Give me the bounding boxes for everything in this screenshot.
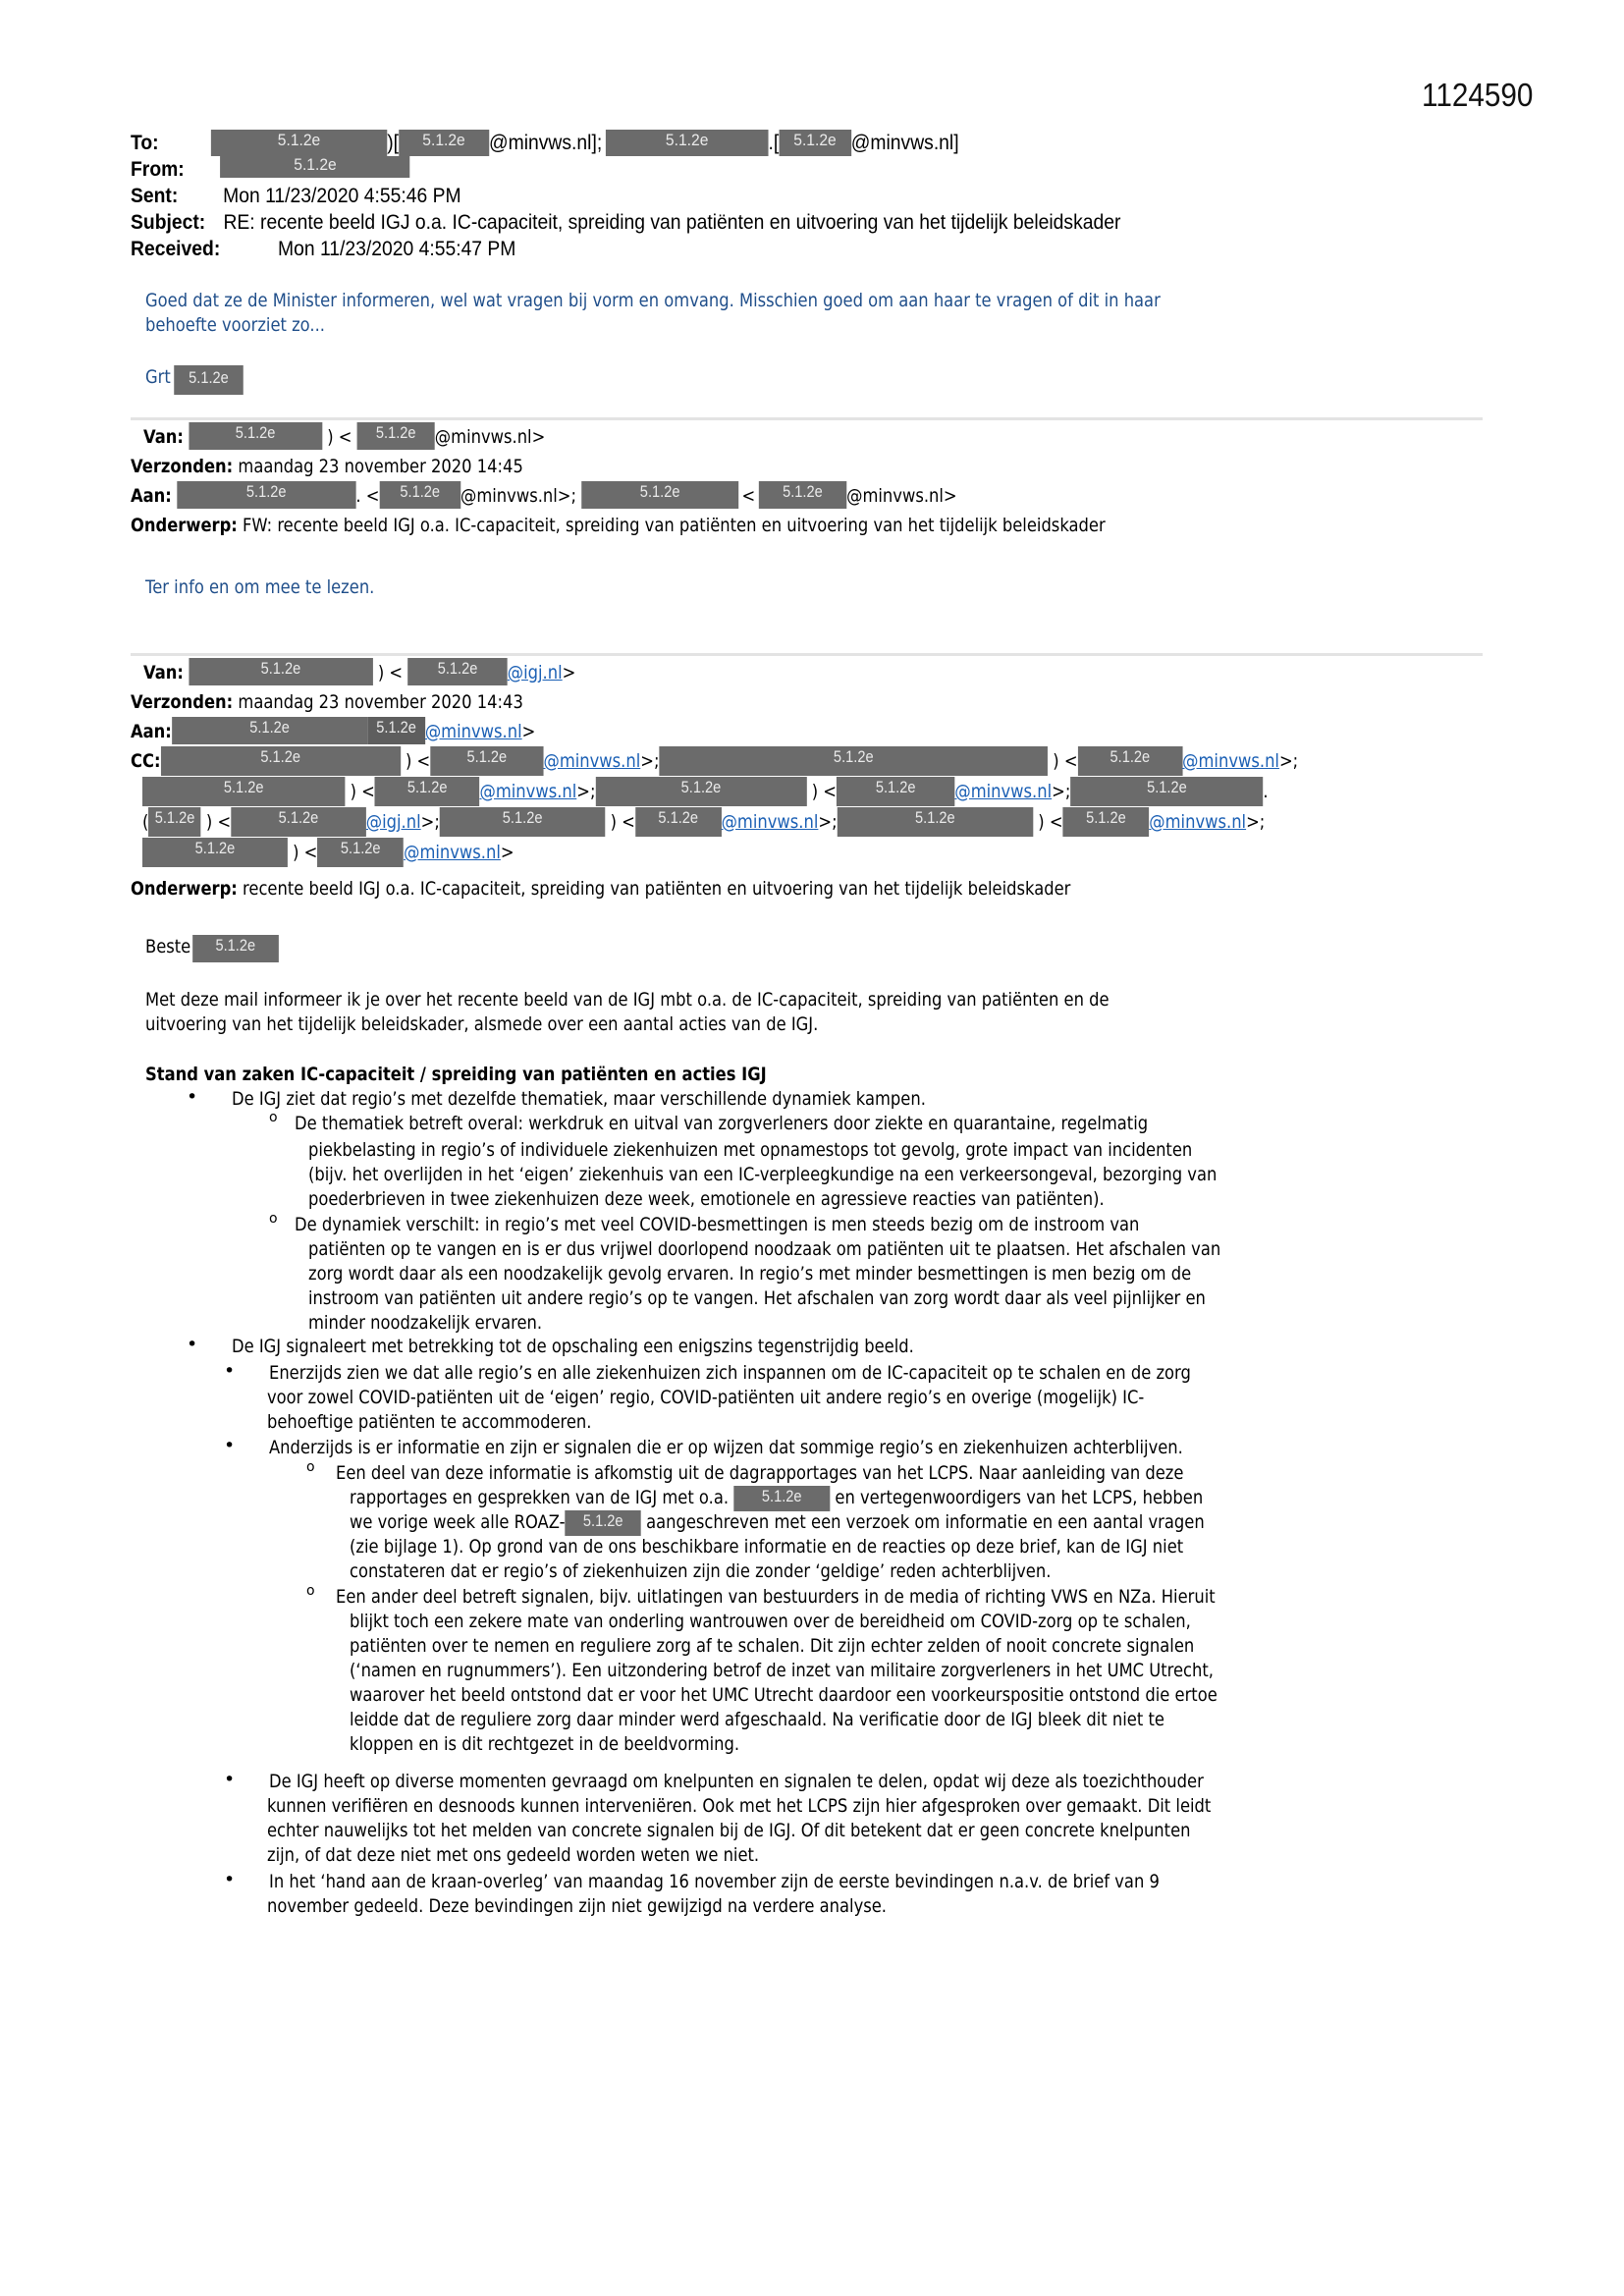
- fw2-cc-row-3: (5.1.2e ) <5.1.2e@igj.nl>;5.1.2e ) <5.1.…: [142, 807, 1265, 838]
- aan-domain: @minvws.nl>: [846, 485, 956, 507]
- bullet-text: De IGJ signaleert met betrekking tot de …: [232, 1335, 914, 1359]
- received-row: Received: Mon 11/23/2020 4:55:47 PM: [131, 236, 515, 262]
- redaction: 5.1.2e: [317, 838, 404, 867]
- redaction: 5.1.2e: [399, 130, 489, 156]
- minvws-email-link[interactable]: @minvws.nl: [1182, 750, 1279, 772]
- verzonden-value: maandag 23 november 2020 14:45: [238, 456, 522, 477]
- redaction: 5.1.2e: [189, 658, 372, 685]
- redaction: 5.1.2e: [407, 658, 507, 685]
- bullet-icon: •: [187, 1334, 197, 1355]
- sub-bullet-text: we vorige week alle ROAZ-5.1.2eaangeschr…: [350, 1510, 1205, 1536]
- sub-bullet-text: leidde dat de reguliere zorg daar minder…: [350, 1708, 1164, 1732]
- fw1-onderwerp-row: Onderwerp: FW: recente beeld IGJ o.a. IC…: [131, 511, 1106, 541]
- bullet-text: echter nauwelijks tot het melden van con…: [267, 1819, 1190, 1843]
- redaction: 5.1.2e: [379, 481, 460, 509]
- igj-email-link[interactable]: @igj.nl: [508, 662, 563, 683]
- circle-bullet-icon: o: [269, 1211, 278, 1227]
- fw2-verzonden-row: Verzonden: maandag 23 november 2020 14:4…: [131, 687, 523, 718]
- redaction: 5.1.2e: [440, 807, 606, 837]
- subject-label: Subject:: [131, 211, 205, 234]
- fw1-verzonden-row: Verzonden: maandag 23 november 2020 14:4…: [131, 452, 523, 482]
- verzonden-value: maandag 23 november 2020 14:43: [238, 691, 522, 713]
- separator: [131, 417, 1483, 420]
- received-label: Received:: [131, 238, 220, 260]
- redaction: 5.1.2e: [1070, 777, 1263, 806]
- minvws-email-link[interactable]: @minvws.nl: [425, 721, 522, 742]
- sub-bullet-text: patiënten op te vangen en is er dus vrij…: [308, 1237, 1220, 1262]
- redaction: 5.1.2e: [177, 481, 355, 509]
- onderwerp-label: Onderwerp:: [131, 878, 238, 900]
- redaction: 5.1.2e: [635, 807, 722, 837]
- sub-bullet-text: blijkt toch een zekere mate van onderlin…: [350, 1610, 1191, 1634]
- redaction: 5.1.2e: [367, 717, 424, 744]
- intro-line: uitvoering van het tijdelijk beleidskade…: [145, 1012, 818, 1037]
- to-domain: @minvws.nl];: [489, 132, 602, 154]
- minvws-email-link[interactable]: @minvws.nl: [404, 842, 501, 863]
- sub-bullet-text: Een deel van deze informatie is afkomsti…: [336, 1461, 1183, 1486]
- sub-bullet-text: De dynamiek verschilt: in regio’s met ve…: [295, 1213, 1139, 1237]
- from-row: From: 5.1.2e: [131, 156, 410, 183]
- redaction: 5.1.2e: [837, 777, 954, 806]
- received-value: Mon 11/23/2020 4:55:47 PM: [278, 238, 515, 260]
- fw1-aan-row: Aan: 5.1.2e. <5.1.2e@minvws.nl>;5.1.2e<5…: [131, 481, 957, 512]
- fw2-aan-row: Aan:5.1.2e5.1.2e@minvws.nl>: [131, 717, 535, 747]
- redaction: 5.1.2e: [189, 422, 322, 450]
- circle-bullet-icon: o: [269, 1110, 278, 1125]
- circle-bullet-icon: o: [306, 1583, 315, 1599]
- redaction: 5.1.2e: [606, 130, 769, 156]
- aan-domain: @minvws.nl>;: [460, 485, 576, 507]
- redaction: 5.1.2e: [174, 365, 244, 395]
- sub-bullet-text: De thematiek betreft overal: werkdruk en…: [295, 1112, 1148, 1136]
- bullet-text: zijn, of dat deze niet met ons gedeeld w…: [267, 1843, 759, 1868]
- bullet-text: Enerzijds zien we dat alle regio’s en al…: [269, 1361, 1191, 1386]
- sub-bullet-text: piekbelasting in regio’s of individuele …: [308, 1138, 1192, 1163]
- letter-greeting: Beste5.1.2e: [145, 935, 279, 962]
- fw2-cc-row-2: 5.1.2e ) <5.1.2e@minvws.nl>;5.1.2e ) <5.…: [142, 777, 1269, 807]
- redaction: 5.1.2e: [211, 130, 387, 156]
- text-part: rapportages en gesprekken van de IGJ met…: [350, 1487, 729, 1508]
- reply-body-line: Goed dat ze de Minister informeren, wel …: [145, 289, 1161, 313]
- document-number: 1124590: [1422, 77, 1533, 114]
- intro-line: Met deze mail informeer ik je over het r…: [145, 988, 1110, 1012]
- to-domain: @minvws.nl]: [851, 132, 959, 154]
- fw1-van-row: Van: 5.1.2e ) < 5.1.2e@minvws.nl>: [143, 422, 545, 453]
- text-part: en vertegenwoordigers van het LCPS, hebb…: [835, 1487, 1203, 1508]
- signoff-text: Grt: [145, 366, 171, 388]
- fw2-cc-row-4: 5.1.2e ) <5.1.2e@minvws.nl>: [142, 838, 514, 868]
- reply-signoff: Grt5.1.2e: [145, 365, 244, 395]
- onderwerp-value: FW: recente beeld IGJ o.a. IC-capaciteit…: [243, 515, 1106, 536]
- text-part: we vorige week alle ROAZ-: [350, 1511, 566, 1533]
- greeting-text: Beste: [145, 936, 190, 957]
- fw2-cc-row: CC:5.1.2e ) <5.1.2e@minvws.nl>;5.1.2e ) …: [131, 746, 1298, 777]
- separator: [131, 653, 1483, 656]
- onderwerp-value: recente beeld IGJ o.a. IC-capaciteit, sp…: [243, 878, 1070, 900]
- van-label: Van:: [143, 662, 184, 683]
- aan-sep: <: [742, 485, 756, 507]
- redaction: 5.1.2e: [779, 130, 851, 156]
- bullet-icon: •: [224, 1769, 235, 1790]
- sub-bullet-text: constateren dat er regio’s of ziekenhuiz…: [350, 1559, 1051, 1584]
- redaction: 5.1.2e: [148, 807, 200, 837]
- verzonden-label: Verzonden:: [131, 691, 233, 713]
- redaction: 5.1.2e: [566, 1510, 641, 1536]
- verzonden-label: Verzonden:: [131, 456, 233, 477]
- minvws-email-link[interactable]: @minvws.nl: [1149, 811, 1246, 833]
- bullet-icon: •: [224, 1869, 235, 1890]
- igj-email-link[interactable]: @igj.nl: [366, 811, 421, 833]
- bullet-text: Anderzijds is er informatie en zijn er s…: [269, 1436, 1183, 1460]
- van-label: Van:: [143, 426, 184, 448]
- redaction: 5.1.2e: [659, 746, 1048, 776]
- sub-bullet-text: kloppen en is dit rechtgezet in de beeld…: [350, 1732, 739, 1757]
- fw1-body: Ter info en om mee te lezen.: [145, 575, 374, 600]
- minvws-email-link[interactable]: @minvws.nl: [722, 811, 819, 833]
- to-row: To: 5.1.2e)[5.1.2e@minvws.nl];5.1.2e.[5.…: [131, 130, 959, 156]
- bullet-text: In het ‘hand aan de kraan-overleg’ van m…: [269, 1870, 1160, 1894]
- redaction: 5.1.2e: [1078, 746, 1183, 776]
- bullet-text: november gedeeld. Deze bevindingen zijn …: [267, 1894, 887, 1919]
- sub-bullet-text: zorg wordt daar als een noodzakelijk gev…: [308, 1262, 1191, 1286]
- sub-bullet-text: poederbrieven in twee ziekenhuizen deze …: [308, 1187, 1105, 1212]
- sub-bullet-text: (zie bijlage 1). Op grond van de ons bes…: [350, 1535, 1183, 1559]
- bullet-text: De IGJ heeft op diverse momenten gevraag…: [269, 1770, 1204, 1794]
- sub-bullet-text: rapportages en gesprekken van de IGJ met…: [350, 1486, 1203, 1511]
- sent-value: Mon 11/23/2020 4:55:46 PM: [223, 185, 460, 207]
- minvws-email-link[interactable]: @minvws.nl: [954, 781, 1052, 802]
- sent-label: Sent:: [131, 185, 178, 207]
- aan-label: Aan:: [131, 485, 172, 507]
- minvws-email-link[interactable]: @minvws.nl: [480, 781, 577, 802]
- sub-bullet-text: (‘namen en rugnummers’). Een uitzonderin…: [350, 1659, 1214, 1683]
- redaction: 5.1.2e: [581, 481, 738, 509]
- onderwerp-label: Onderwerp:: [131, 515, 238, 536]
- aan-sep: . <: [355, 485, 379, 507]
- redaction: 5.1.2e: [172, 717, 368, 744]
- bullet-text: kunnen verifiëren en desnoods kunnen int…: [267, 1794, 1211, 1819]
- redaction: 5.1.2e: [595, 777, 806, 806]
- bullet-icon: •: [224, 1360, 235, 1382]
- sub-bullet-text: instroom van patiënten uit andere regio’…: [308, 1286, 1206, 1311]
- sub-bullet-text: patiënten over te nemen en reguliere zor…: [350, 1634, 1194, 1659]
- redaction: 5.1.2e: [142, 838, 288, 867]
- redaction: 5.1.2e: [161, 746, 401, 776]
- bullet-text: behoeftige patiënten te accommoderen.: [267, 1410, 591, 1435]
- section-heading: Stand van zaken IC-capaciteit / spreidin…: [145, 1063, 767, 1087]
- redaction: 5.1.2e: [838, 807, 1034, 837]
- fw2-van-row: Van: 5.1.2e ) < 5.1.2e@igj.nl>: [143, 658, 575, 688]
- to-label: To:: [131, 132, 159, 154]
- cc-label: CC:: [131, 750, 161, 772]
- fw2-onderwerp-row: Onderwerp: recente beeld IGJ o.a. IC-cap…: [131, 874, 1070, 904]
- subject-row: Subject: RE: recente beeld IGJ o.a. IC-c…: [131, 209, 1120, 236]
- van-domain: @minvws.nl>: [435, 426, 545, 448]
- text-part: aangeschreven met een verzoek om informa…: [646, 1511, 1205, 1533]
- redaction: 5.1.2e: [375, 777, 480, 806]
- subject-value: RE: recente beeld IGJ o.a. IC-capaciteit…: [223, 211, 1120, 234]
- bullet-text: voor zowel COVID-patiënten uit de ‘eigen…: [267, 1386, 1144, 1410]
- redaction: 5.1.2e: [231, 807, 366, 837]
- bullet-text: De IGJ ziet dat regio’s met dezelfde the…: [232, 1087, 926, 1112]
- bullet-icon: •: [187, 1086, 197, 1108]
- from-label: From:: [131, 158, 185, 181]
- to-sep: .[: [768, 132, 779, 154]
- to-sep: )[: [387, 132, 399, 154]
- redaction: 5.1.2e: [1063, 807, 1150, 837]
- reply-body-line: behoefte voorziet zo...: [145, 313, 325, 338]
- redaction: 5.1.2e: [430, 746, 543, 776]
- aan-label: Aan:: [131, 721, 172, 742]
- sub-bullet-text: waarover het beeld ontstond dat er voor …: [350, 1683, 1218, 1708]
- redaction: 5.1.2e: [357, 422, 435, 450]
- circle-bullet-icon: o: [306, 1459, 315, 1475]
- minvws-email-link[interactable]: @minvws.nl: [543, 750, 640, 772]
- sub-bullet-text: minder noodzakelijk ervaren.: [308, 1311, 542, 1336]
- redaction: 5.1.2e: [733, 1486, 830, 1511]
- sent-row: Sent: Mon 11/23/2020 4:55:46 PM: [131, 183, 461, 209]
- redaction: 5.1.2e: [759, 481, 846, 509]
- sub-bullet-text: (bijv. het overlijden in het ‘eigen’ zie…: [308, 1163, 1217, 1187]
- redaction: 5.1.2e: [192, 935, 279, 962]
- redaction: 5.1.2e: [220, 156, 409, 178]
- sub-bullet-text: Een ander deel betreft signalen, bijv. u…: [336, 1585, 1216, 1610]
- redaction: 5.1.2e: [142, 777, 345, 806]
- bullet-icon: •: [224, 1435, 235, 1456]
